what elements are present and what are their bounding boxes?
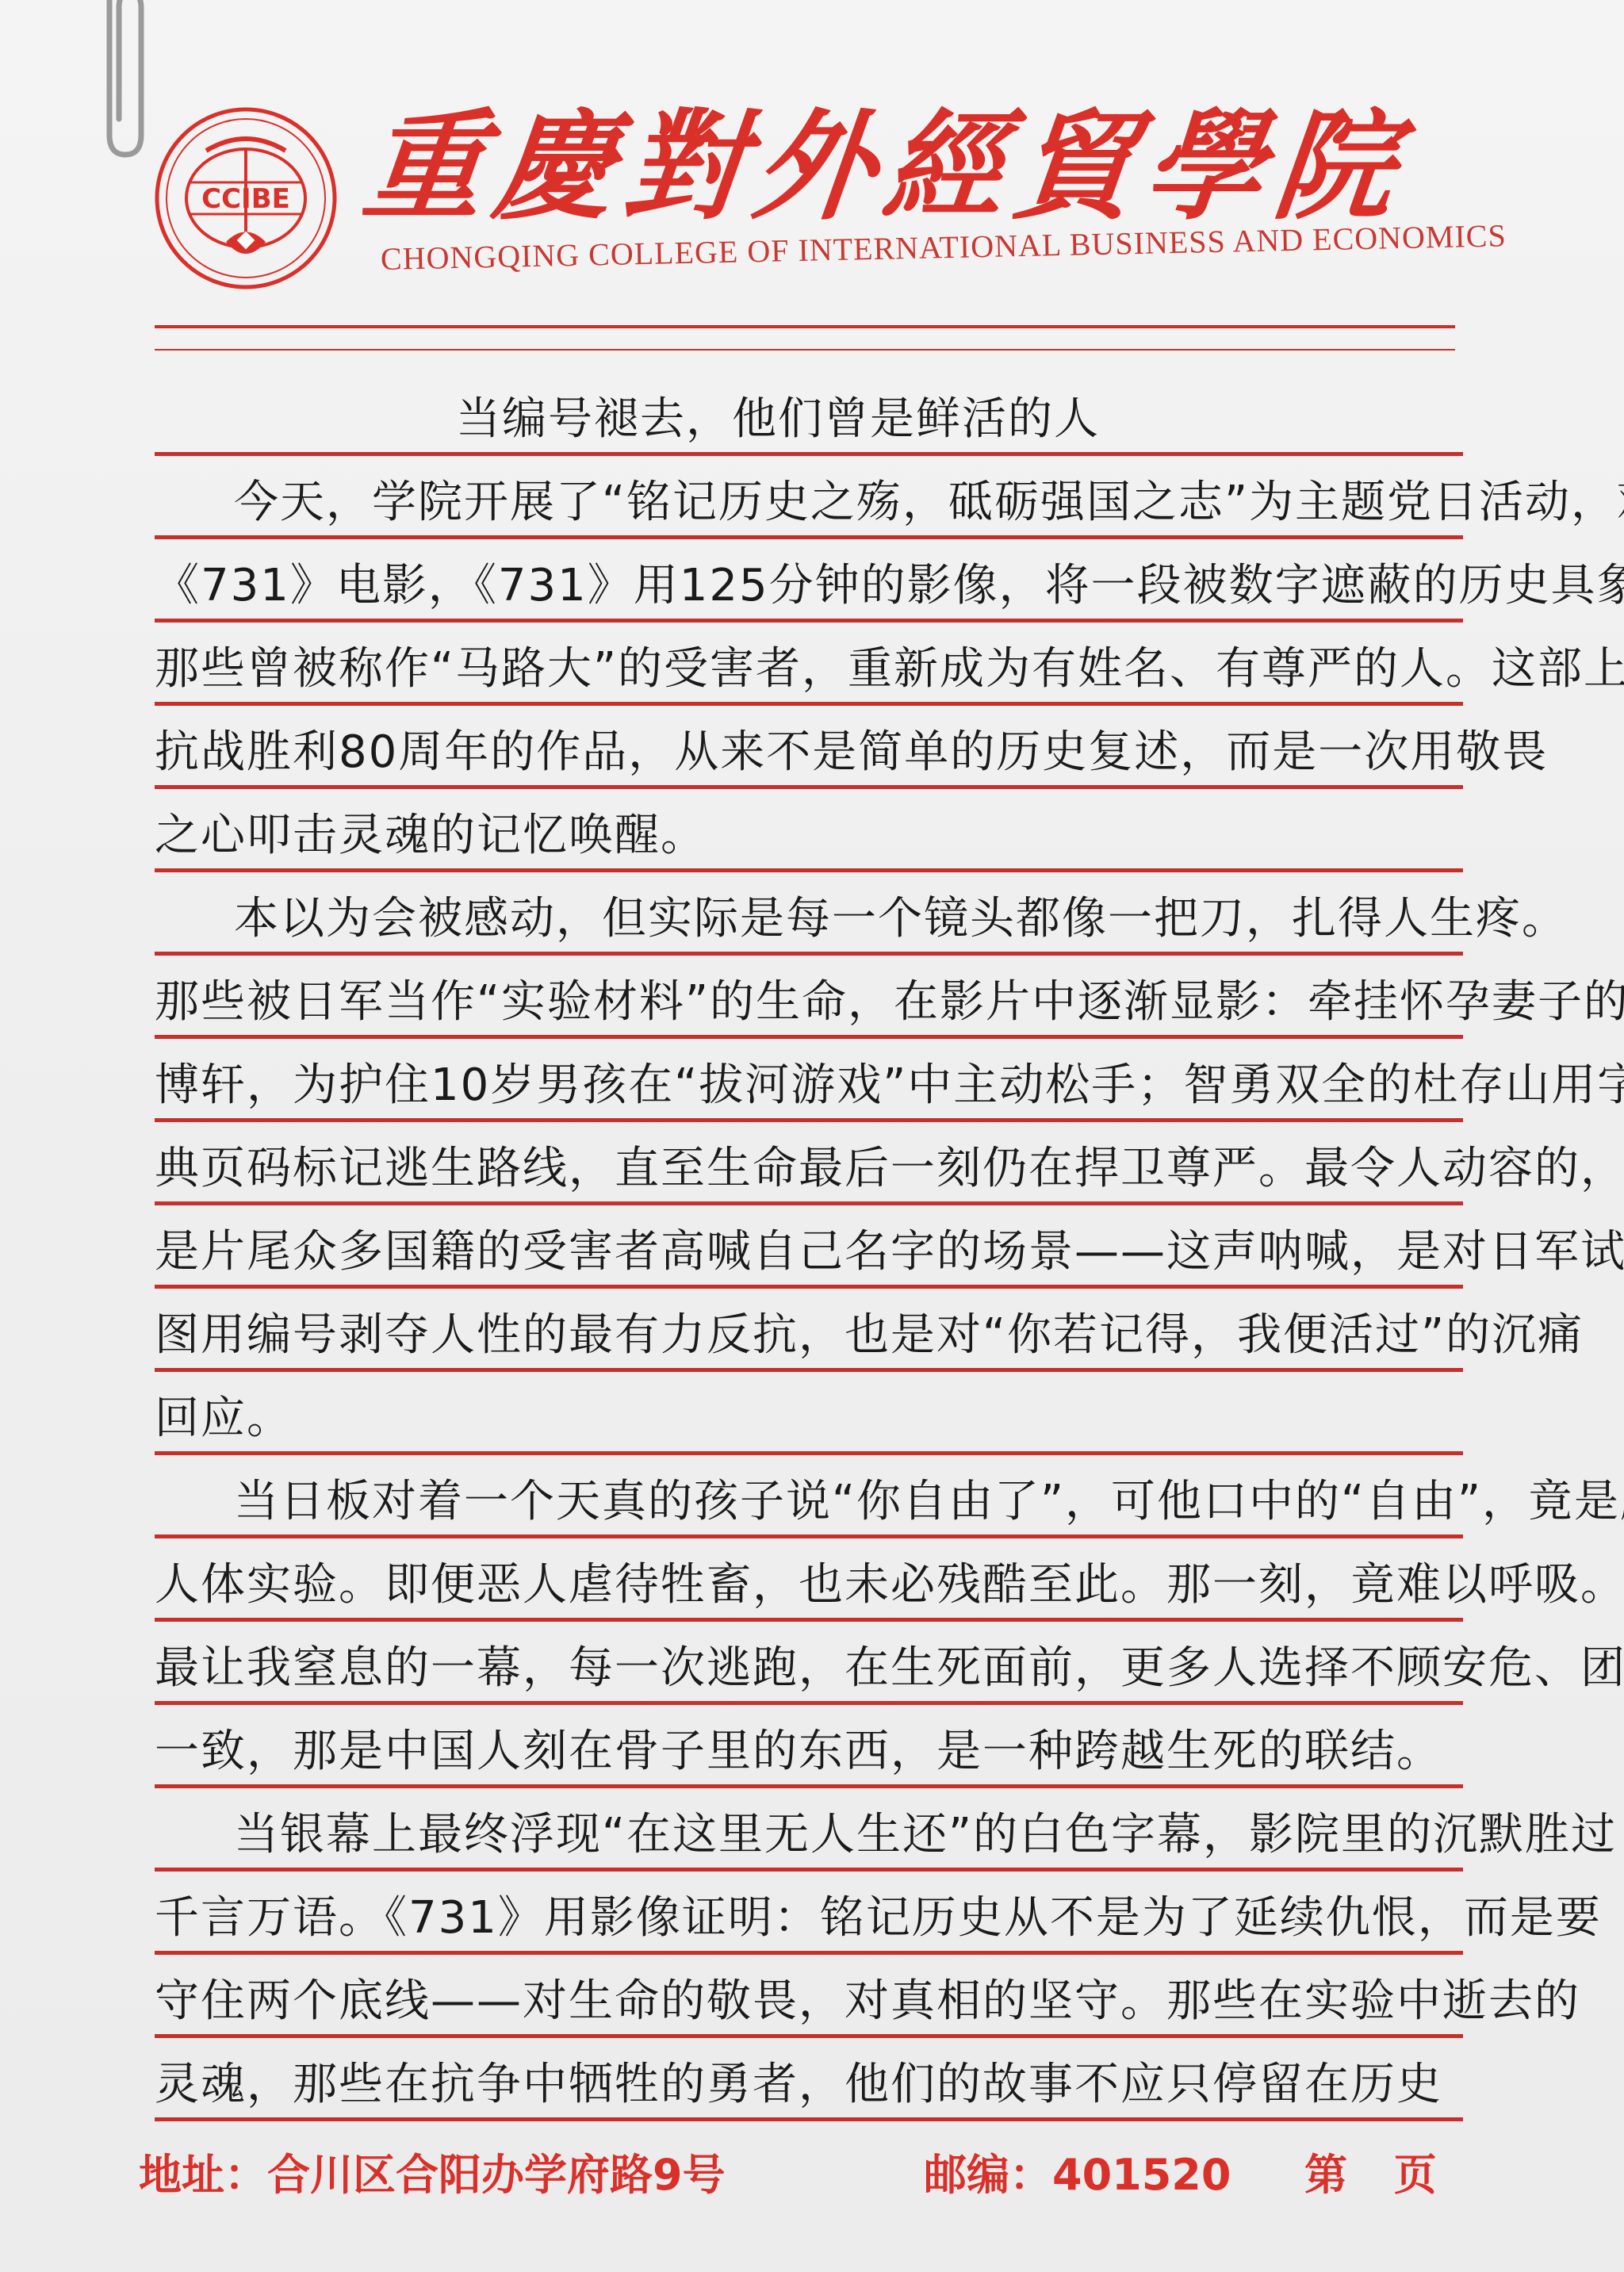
essay-title-line: 当编号褪去，他们曾是鲜活的人 (155, 373, 1463, 456)
college-name-chinese: 重慶對外經貿學院 (358, 107, 1411, 226)
svg-text:CCIBE: CCIBE (201, 183, 290, 215)
footer-postcode: 邮编：401520 (924, 2141, 1231, 2202)
essay-line: 今天，学院开展了“铭记历史之殇，砥砺强国之志”为主题党日活动，观看 (155, 456, 1463, 539)
essay-line: 回应。 (155, 1372, 1463, 1455)
header-divider-thin (155, 349, 1455, 351)
letterhead-footer: 地址：合川区合阳办学府路9号 邮编：401520 第 页 (139, 2141, 1471, 2205)
footer-address: 地址：合川区合阳办学府路9号 (139, 2141, 726, 2202)
essay-line: 博轩，为护住10岁男孩在“拔河游戏”中主动松手；智勇双全的杜存山用字 (155, 1039, 1463, 1122)
essay-line: 最让我窒息的一幕，每一次逃跑，在生死面前，更多人选择不顾安危、团结 (155, 1622, 1463, 1705)
letter-paper: CCIBE 重慶對外經貿學院 CHONGQING COLLEGE OF INTE… (0, 0, 1624, 2272)
essay-line: 本以为会被感动，但实际是每一个镜头都像一把刀，扎得人生疼。 (155, 872, 1463, 956)
essay-line: 守住两个底线——对生命的敬畏，对真相的坚守。那些在实验中逝去的 (155, 1955, 1463, 2038)
essay-line: 千言万语。《731》用影像证明：铭记历史从不是为了延续仇恨，而是要 (155, 1872, 1463, 1955)
essay-line: 人体实验。即便恶人虐待牲畜，也未必残酷至此。那一刻，竟难以呼吸。 (155, 1538, 1463, 1622)
essay-line: 是片尾众多国籍的受害者高喊自己名字的场景——这声呐喊，是对日军试 (155, 1205, 1463, 1289)
footer-page-number: 第 页 (1304, 2141, 1437, 2202)
essay-line: 当日板对着一个天真的孩子说“你自由了”，可他口中的“自由”，竟是肢解与 (155, 1455, 1463, 1538)
essay-line: 典页码标记逃生路线，直至生命最后一刻仍在捍卫尊严。最令人动容的， (155, 1122, 1463, 1205)
essay-line: 一致，那是中国人刻在骨子里的东西，是一种跨越生死的联结。 (155, 1705, 1463, 1788)
essay-line: 之心叩击灵魂的记忆唤醒。 (155, 789, 1463, 872)
essay-line: 那些被日军当作“实验材料”的生命，在影片中逐渐显影：牵挂怀孕妻子的顾 (155, 956, 1463, 1039)
essay-line: 灵魂，那些在抗争中牺牲的勇者，他们的故事不应只停留在历史 (155, 2038, 1463, 2121)
essay-line: 当银幕上最终浮现“在这里无人生还”的白色字幕，影院里的沉默胜过 (155, 1788, 1463, 1872)
college-seal-logo-icon: CCIBE (151, 103, 341, 293)
header-divider (155, 325, 1455, 328)
essay-line: 抗战胜利80周年的作品，从来不是简单的历史复述，而是一次用敬畏 (155, 706, 1463, 789)
essay-line: 图用编号剥夺人性的最有力反抗，也是对“你若记得，我便活过”的沉痛 (155, 1289, 1463, 1372)
paperclip-icon (86, 0, 149, 174)
essay-line: 那些曾被称作“马路大”的受害者，重新成为有姓名、有尊严的人。这部上映于 (155, 623, 1463, 706)
essay-line: 《731》电影，《731》用125分钟的影像，将一段被数字遮蔽的历史具象化，让 (155, 539, 1463, 623)
essay-body: 当编号褪去，他们曾是鲜活的人 今天，学院开展了“铭记历史之殇，砥砺强国之志”为主… (155, 373, 1463, 2121)
letterhead: CCIBE 重慶對外經貿學院 CHONGQING COLLEGE OF INTE… (151, 99, 1459, 305)
essay-title: 当编号褪去，他们曾是鲜活的人 (456, 384, 1100, 447)
